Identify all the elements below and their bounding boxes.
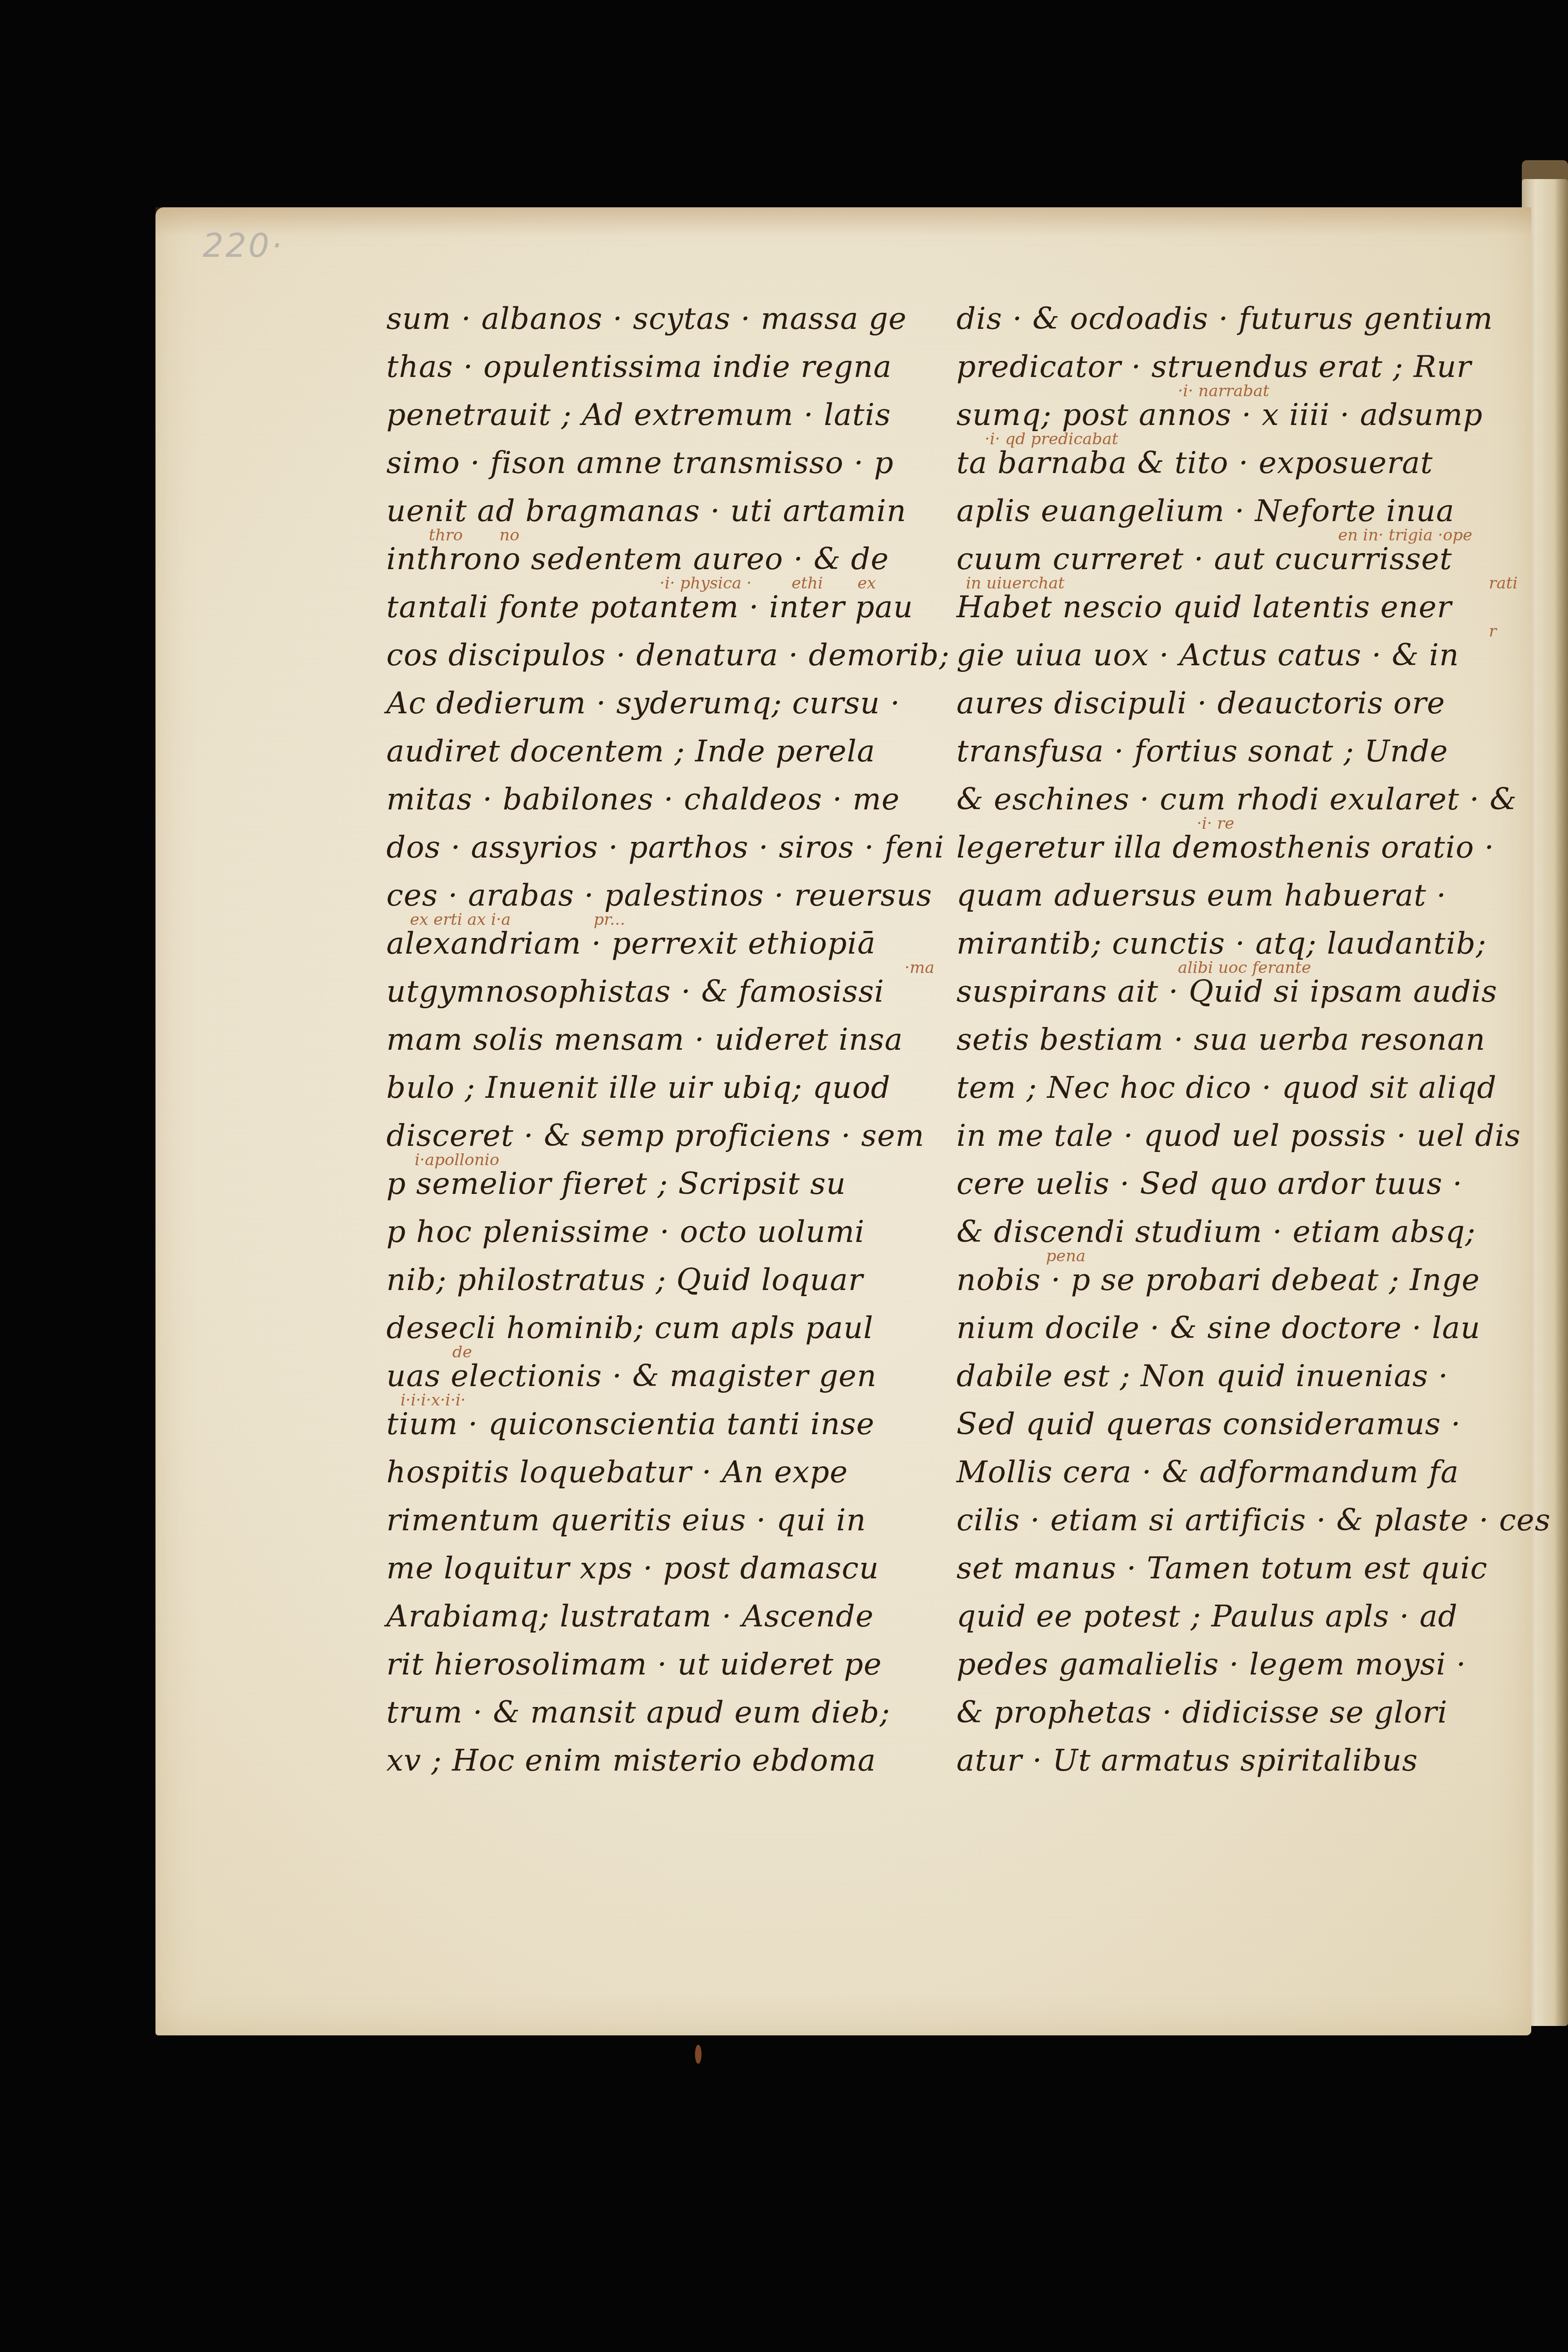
- manuscript-line: tium · quiconscientia tanti inse: [386, 1407, 874, 1460]
- interlinear-gloss: ·i· qd predicabat: [985, 430, 1118, 449]
- manuscript-line: Ac dedierum · syderumq; cursu ·: [386, 686, 900, 739]
- manuscript-line: rit hierosolimam · ut uideret pe: [386, 1647, 882, 1700]
- manuscript-line: dis · & ocdoadis · futurus gentium: [956, 302, 1493, 354]
- interlinear-gloss: no: [499, 526, 519, 545]
- manuscript-line: trum · & mansit apud eum dieb;: [386, 1695, 890, 1748]
- manuscript-line: alexandriam · perrexit ethiopiā: [386, 926, 876, 979]
- folio-number: 220·: [203, 226, 284, 265]
- interlinear-gloss: ·ma: [905, 958, 934, 977]
- ink-stain: [695, 2045, 702, 2064]
- manuscript-line: bulo ; Inuenit ille uir ubiq; quod: [386, 1070, 890, 1123]
- interlinear-gloss: ·i· physica ·: [660, 574, 751, 593]
- manuscript-line: cos discipulos · denatura · demorib;: [386, 638, 950, 691]
- manuscript-line: & prophetas · didicisse se glori: [956, 1695, 1447, 1748]
- interlinear-gloss: r: [1489, 622, 1496, 641]
- manuscript-line: tantali fonte potantem · inter pau: [386, 590, 913, 643]
- interlinear-gloss: rati: [1489, 574, 1518, 593]
- manuscript-line: nib; philostratus ; Quid loquar: [386, 1263, 863, 1315]
- manuscript-line: hospitis loquebatur · An expe: [386, 1455, 848, 1508]
- interlinear-gloss: ethi: [792, 574, 823, 593]
- manuscript-line: Habet nescio quid latentis ener: [956, 590, 1452, 643]
- manuscript-line: transfusa · fortius sonat ; Unde: [956, 734, 1448, 787]
- manuscript-line: penetrauit ; Ad extremum · latis: [386, 398, 891, 450]
- manuscript-line: dabile est ; Non quid inuenias ·: [956, 1359, 1448, 1412]
- interlinear-gloss: ·i· re: [1197, 814, 1234, 833]
- interlinear-gloss: alibi uoc ferante: [1178, 958, 1311, 977]
- manuscript-line: cere uelis · Sed quo ardor tuus ·: [956, 1167, 1462, 1219]
- manuscript-line: suspirans ait · Quid si ipsam audis: [956, 974, 1497, 1027]
- manuscript-line: nobis · p se probari debeat ; Inge: [956, 1263, 1480, 1315]
- interlinear-gloss: pr...: [594, 910, 625, 929]
- interlinear-gloss: ex: [857, 574, 876, 593]
- manuscript-line: & eschines · cum rhodi exularet · &: [956, 782, 1517, 835]
- interlinear-gloss: in uiuerchat: [966, 574, 1065, 593]
- manuscript-line: gie uiua uox · Actus catus · & in: [956, 638, 1459, 691]
- manuscript-line: thas · opulentissima indie regna: [386, 350, 892, 402]
- manuscript-line: me loquitur xps · post damascu: [386, 1551, 879, 1604]
- manuscript-line: xv ; Hoc enim misterio ebdoma: [386, 1743, 876, 1796]
- manuscript-line: utgymnosophistas · & famosissi: [386, 974, 884, 1027]
- manuscript-line: in me tale · quod uel possis · uel dis: [956, 1119, 1521, 1171]
- manuscript-line: simo · fison amne transmisso · p: [386, 446, 894, 498]
- manuscript-line: Mollis cera · & adformandum fa: [956, 1455, 1459, 1508]
- manuscript-line: sum · albanos · scytas · massa ge: [386, 302, 907, 354]
- manuscript-line: uenit ad bragmanas · uti artamin: [386, 494, 906, 547]
- manuscript-line: aures discipuli · deauctoris ore: [956, 686, 1445, 739]
- manuscript-line: mitas · babilones · chaldeos · me: [386, 782, 900, 835]
- manuscript-line: setis bestiam · sua uerba resonan: [956, 1022, 1486, 1075]
- manuscript-line: & discendi studium · etiam absq;: [956, 1215, 1476, 1267]
- manuscript-line: quam aduersus eum habuerat ·: [956, 878, 1446, 931]
- manuscript-line: cilis · etiam si artificis · & plaste · …: [956, 1503, 1551, 1556]
- manuscript-line: legeretur illa demosthenis oratio ·: [956, 830, 1494, 883]
- manuscript-line: nium docile · & sine doctore · lau: [956, 1311, 1480, 1364]
- manuscript-line: ta barnaba & tito · exposuerat: [956, 446, 1433, 498]
- manuscript-line: mam solis mensam · uideret insa: [386, 1022, 903, 1075]
- manuscript-line: audiret docentem ; Inde perela: [386, 734, 875, 787]
- manuscript-line: rimentum queritis eius · qui in: [386, 1503, 866, 1556]
- manuscript-line: p semelior fieret ; Scripsit su: [386, 1167, 846, 1219]
- interlinear-gloss: en in· trigia ·ope: [1338, 526, 1472, 545]
- manuscript-line: tem ; Nec hoc dico · quod sit aliqd: [956, 1070, 1497, 1123]
- interlinear-gloss: i·i·i·x·i·i·: [400, 1391, 465, 1410]
- manuscript-line: Sed quid queras consideramus ·: [956, 1407, 1461, 1460]
- manuscript-line: quid ee potest ; Paulus apls · ad: [956, 1599, 1458, 1652]
- manuscript-line: set manus · Tamen totum est quic: [956, 1551, 1487, 1604]
- interlinear-gloss: ex erti ax i·a: [410, 910, 511, 929]
- manuscript-line: atur · Ut armatus spiritalibus: [956, 1743, 1418, 1796]
- interlinear-gloss: pena: [1046, 1247, 1086, 1266]
- interlinear-gloss: ·i· narrabat: [1178, 382, 1269, 400]
- interlinear-gloss: thro: [429, 526, 463, 545]
- manuscript-line: Arabiamq; lustratam · Ascende: [386, 1599, 874, 1652]
- manuscript-line: dos · assyrios · parthos · siros · feni: [386, 830, 944, 883]
- interlinear-gloss: de: [452, 1343, 472, 1362]
- manuscript-line: pedes gamalielis · legem moysi ·: [956, 1647, 1466, 1700]
- interlinear-gloss: i·apollonio: [415, 1151, 499, 1169]
- manuscript-line: p hoc plenissime · octo uolumi: [386, 1215, 865, 1267]
